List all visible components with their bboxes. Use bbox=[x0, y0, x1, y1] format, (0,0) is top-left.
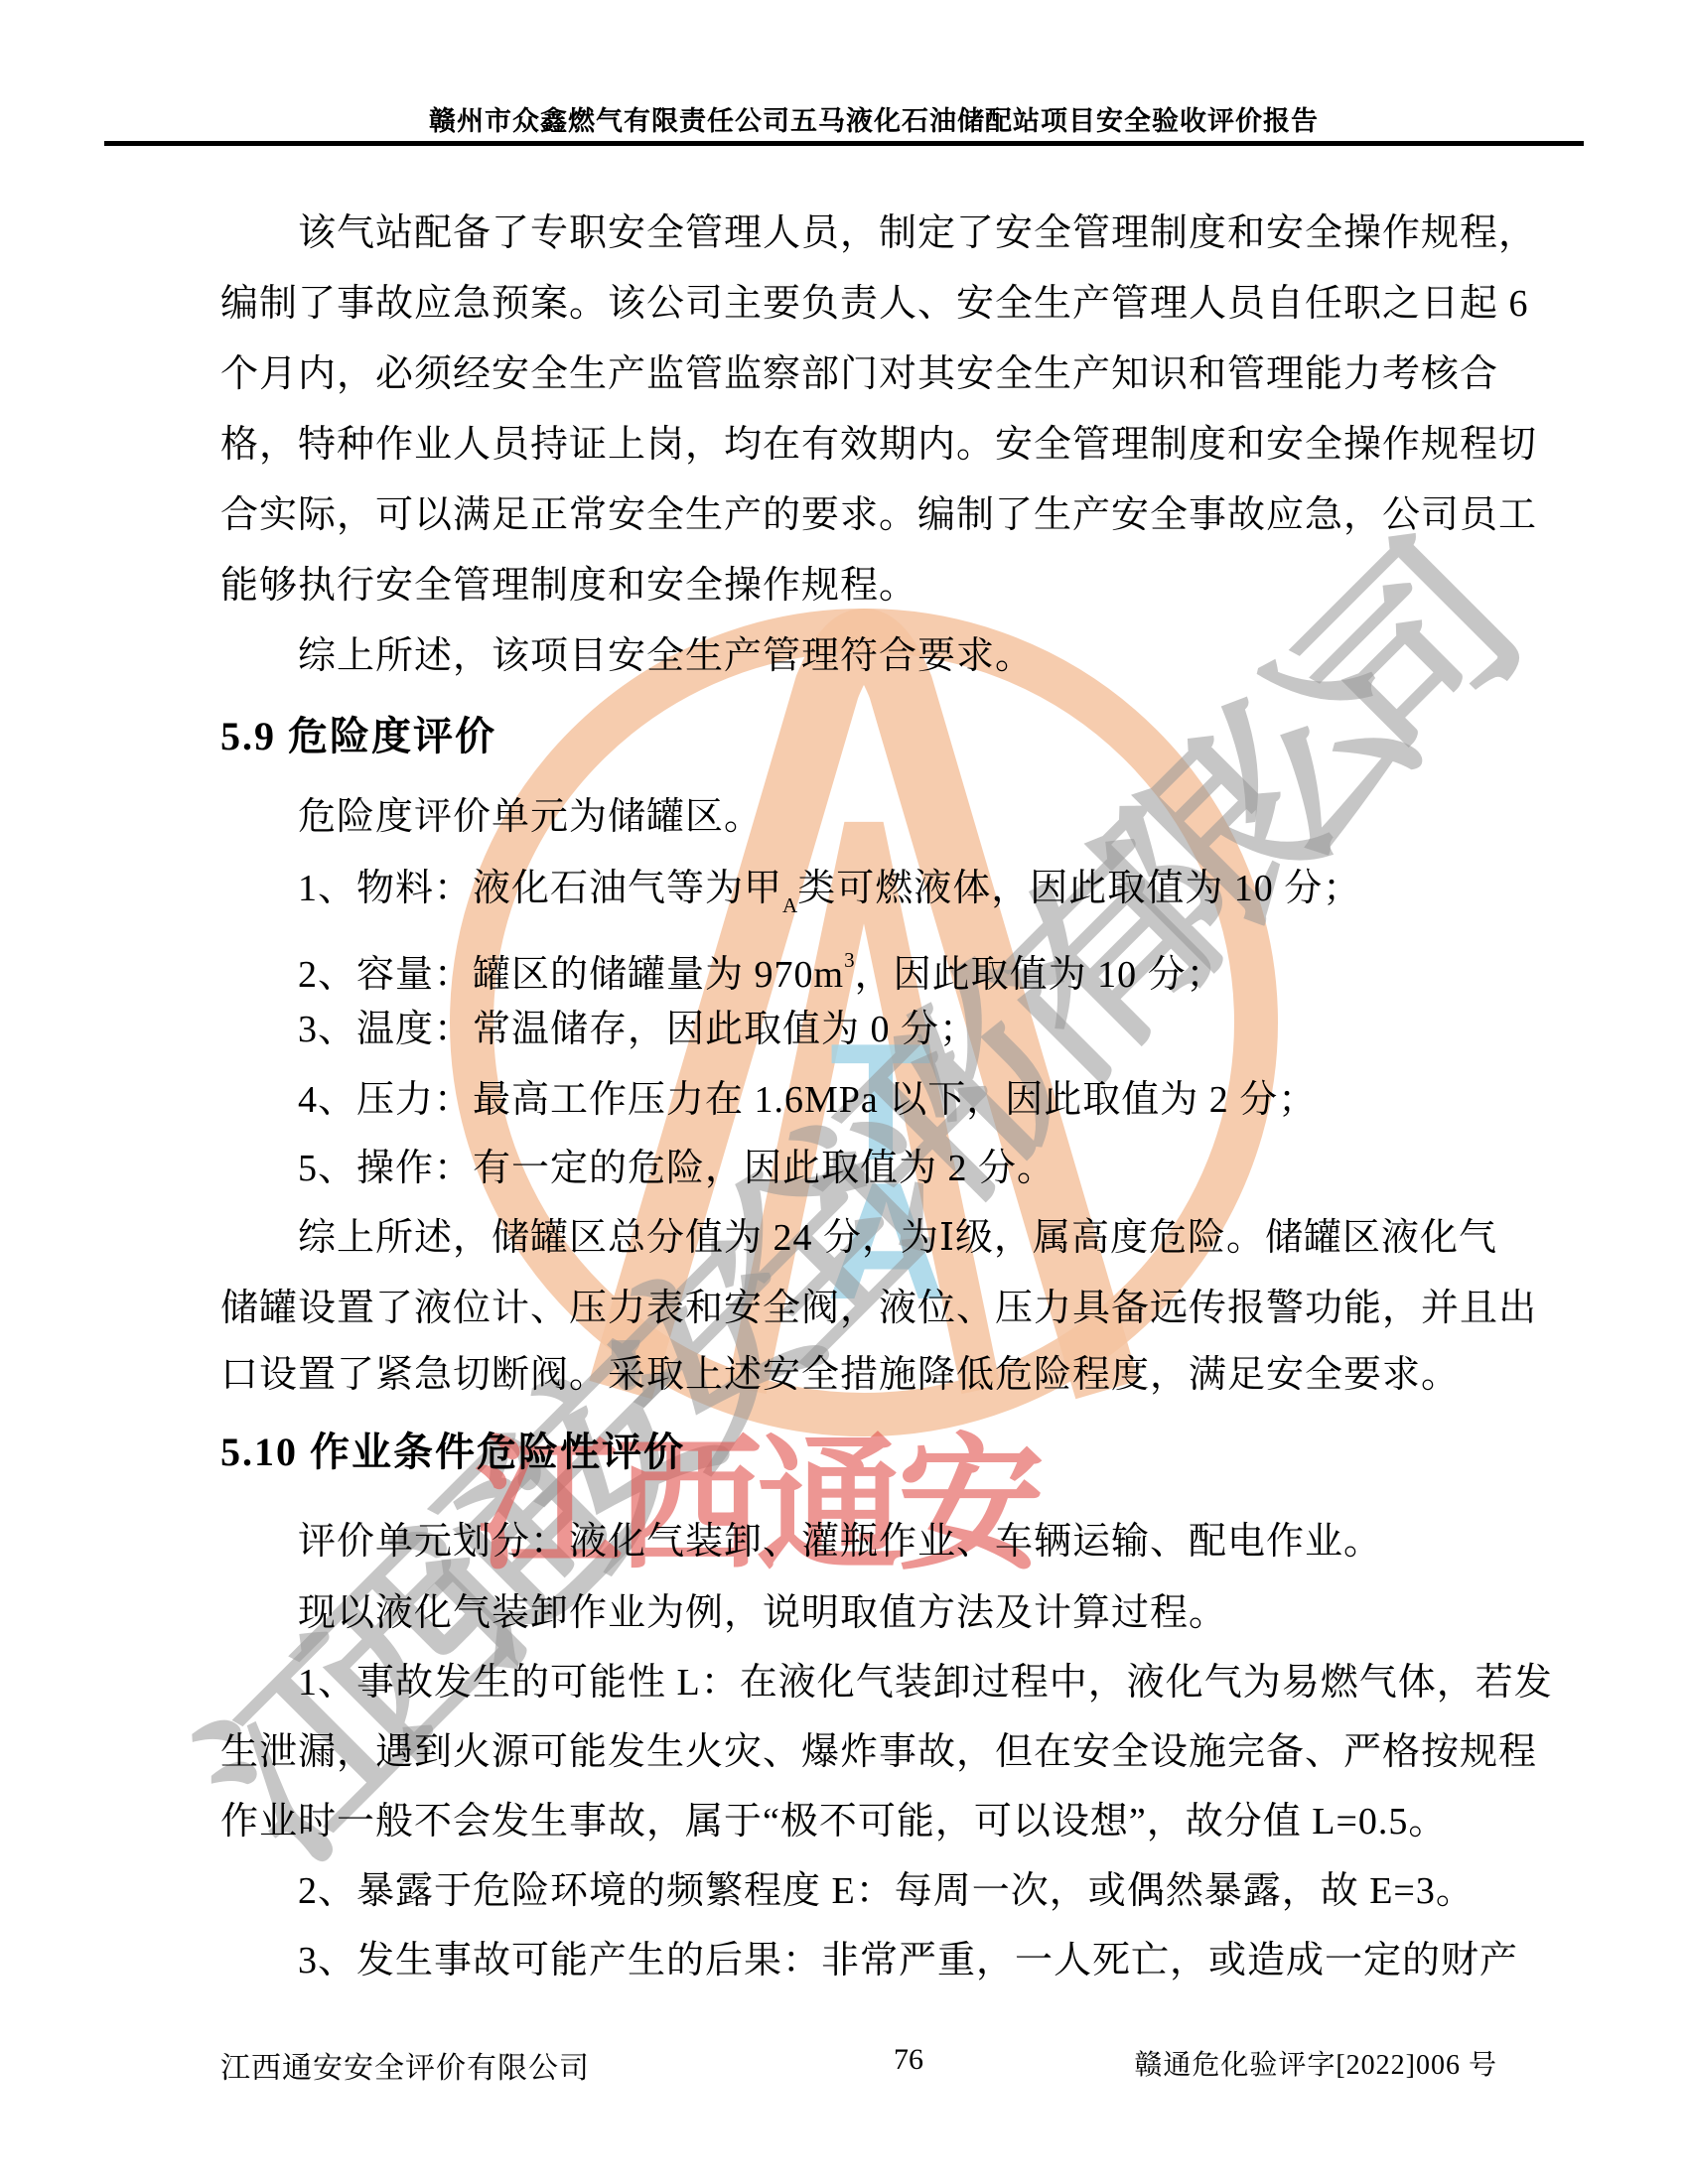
text-run: ，因此取值为 10 分； bbox=[855, 954, 1225, 996]
text-line: 储罐设置了液位计、压力表和安全阀，液位、压力具备远传报警功能，并且出 bbox=[220, 1274, 1533, 1343]
text-run: 2、暴露于危险环境的频繁程度 E：每周一次，或偶然暴露，故 E=3。 bbox=[298, 1870, 1475, 1912]
text-line: 综上所述，该项目安全生产管理符合要求。 bbox=[220, 621, 1533, 691]
text-run: 3、发生事故可能产生的后果：非常严重，一人死亡，或造成一定的财产 bbox=[298, 1940, 1518, 1981]
text-run: 能够执行安全管理制度和安全操作规程。 bbox=[220, 565, 917, 607]
text-line: 现以液化气装卸作业为例，说明取值方法及计算过程。 bbox=[220, 1578, 1533, 1648]
text-subscript: A bbox=[782, 893, 797, 917]
text-run: 储罐设置了液位计、压力表和安全阀，液位、压力具备远传报警功能，并且出 bbox=[220, 1288, 1537, 1329]
footer-page-number: 76 bbox=[839, 2043, 978, 2077]
text-run: 评价单元划分：液化气装卸、灌瓶作业、车辆运输、配电作业。 bbox=[298, 1521, 1382, 1563]
page-header-title: 赣州市众鑫燃气有限责任公司五马液化石油储配站项目安全验收评价报告 bbox=[0, 99, 1688, 138]
text-line: 生泄漏，遇到火源可能发生火灾、爆炸事故，但在安全设施完备、严格按规程 bbox=[220, 1717, 1533, 1787]
text-run: 作业时一般不会发生事故，属于“极不可能，可以设想”，故分值 L=0.5。 bbox=[220, 1801, 1447, 1843]
text-line: 该气站配备了专职安全管理人员，制定了安全管理制度和安全操作规程， bbox=[220, 199, 1533, 268]
section-heading: 5.9 危险度评价 bbox=[220, 702, 1533, 771]
text-line: 1、物料：液化石油气等为甲A类可燃液体，因此取值为 10 分； bbox=[220, 854, 1533, 923]
text-run: 5.9 危险度评价 bbox=[220, 714, 496, 758]
text-run: 4、压力：最高工作压力在 1.6MPa 以下，因此取值为 2 分； bbox=[298, 1079, 1317, 1121]
text-line: 个月内，必须经安全生产监管监察部门对其安全生产知识和管理能力考核合 bbox=[220, 340, 1533, 409]
section-heading: 5.10 作业条件危险性评价 bbox=[220, 1418, 1533, 1487]
text-run: 危险度评价单元为储罐区。 bbox=[298, 796, 763, 838]
text-line: 合实际，可以满足正常安全生产的要求。编制了生产安全事故应急，公司员工 bbox=[220, 480, 1533, 550]
text-run: 5.10 作业条件危险性评价 bbox=[220, 1430, 685, 1474]
text-run: 现以液化气装卸作业为例，说明取值方法及计算过程。 bbox=[298, 1592, 1227, 1634]
text-run: 个月内，必须经安全生产监管监察部门对其安全生产知识和管理能力考核合 bbox=[220, 353, 1498, 395]
text-run: 综上所述，储罐区总分值为 24 分，为Ⅰ级，属高度危险。储罐区液化气 bbox=[298, 1217, 1497, 1259]
page-content: 赣州市众鑫燃气有限责任公司五马液化石油储配站项目安全验收评价报告 该气站配备了专… bbox=[0, 0, 1688, 2184]
text-line: 2、暴露于危险环境的频繁程度 E：每周一次，或偶然暴露，故 E=3。 bbox=[220, 1856, 1533, 1926]
text-line: 格，特种作业人员持证上岗，均在有效期内。安全管理制度和安全操作规程切 bbox=[220, 410, 1533, 479]
text-line: 5、操作：有一定的危险，因此取值为 2 分。 bbox=[220, 1134, 1533, 1203]
text-line: 评价单元划分：液化气装卸、灌瓶作业、车辆运输、配电作业。 bbox=[220, 1507, 1533, 1576]
text-run: 类可燃液体，因此取值为 10 分； bbox=[797, 868, 1361, 909]
text-line: 作业时一般不会发生事故，属于“极不可能，可以设想”，故分值 L=0.5。 bbox=[220, 1787, 1533, 1856]
text-line: 2、容量：罐区的储罐量为 970m3，因此取值为 10 分； bbox=[220, 925, 1533, 995]
text-run: 3、温度：常温储存，因此取值为 0 分； bbox=[298, 1009, 978, 1050]
text-run: 1、物料：液化石油气等为甲 bbox=[298, 868, 782, 909]
text-line: 3、发生事故可能产生的后果：非常严重，一人死亡，或造成一定的财产 bbox=[220, 1926, 1533, 1995]
text-run: 综上所述，该项目安全生产管理符合要求。 bbox=[298, 635, 1034, 677]
text-line: 编制了事故应急预案。该公司主要负责人、安全生产管理人员自任职之日起 6 bbox=[220, 269, 1533, 339]
text-supscript: 3 bbox=[844, 948, 855, 972]
text-line: 综上所述，储罐区总分值为 24 分，为Ⅰ级，属高度危险。储罐区液化气 bbox=[220, 1203, 1533, 1273]
text-line: 3、温度：常温储存，因此取值为 0 分； bbox=[220, 995, 1533, 1064]
footer-document-number: 赣通危化验评字[2022]006 号 bbox=[1134, 2043, 1497, 2083]
document-page: TA 江西通安安全评价有限公司 江西通安 赣州市众鑫燃气有限责任公司五马液化石油… bbox=[0, 0, 1688, 2184]
text-run: 格，特种作业人员持证上岗，均在有效期内。安全管理制度和安全操作规程切 bbox=[220, 424, 1537, 466]
text-line: 能够执行安全管理制度和安全操作规程。 bbox=[220, 551, 1533, 620]
text-line: 1、事故发生的可能性 L：在液化气装卸过程中，液化气为易燃气体，若发 bbox=[220, 1648, 1533, 1717]
text-run: 2、容量：罐区的储罐量为 970m bbox=[298, 954, 844, 996]
text-run: 编制了事故应急预案。该公司主要负责人、安全生产管理人员自任职之日起 6 bbox=[220, 283, 1529, 325]
text-run: 5、操作：有一定的危险，因此取值为 2 分。 bbox=[298, 1148, 1055, 1189]
text-run: 1、事故发生的可能性 L：在液化气装卸过程中，液化气为易燃气体，若发 bbox=[298, 1662, 1553, 1704]
text-run: 合实际，可以满足正常安全生产的要求。编制了生产安全事故应急，公司员工 bbox=[220, 494, 1537, 536]
text-line: 危险度评价单元为储罐区。 bbox=[220, 782, 1533, 852]
text-run: 该气站配备了专职安全管理人员，制定了安全管理制度和安全操作规程， bbox=[298, 212, 1537, 254]
footer-company: 江西通安安全评价有限公司 bbox=[220, 2043, 590, 2087]
text-run: 口设置了紧急切断阀。采取上述安全措施降低危险程度，满足安全要求。 bbox=[220, 1354, 1460, 1396]
text-run: 生泄漏，遇到火源可能发生火灾、爆炸事故，但在安全设施完备、严格按规程 bbox=[220, 1731, 1537, 1773]
header-rule bbox=[104, 141, 1584, 146]
text-line: 4、压力：最高工作压力在 1.6MPa 以下，因此取值为 2 分； bbox=[220, 1065, 1533, 1135]
text-line: 口设置了紧急切断阀。采取上述安全措施降低危险程度，满足安全要求。 bbox=[220, 1340, 1533, 1410]
